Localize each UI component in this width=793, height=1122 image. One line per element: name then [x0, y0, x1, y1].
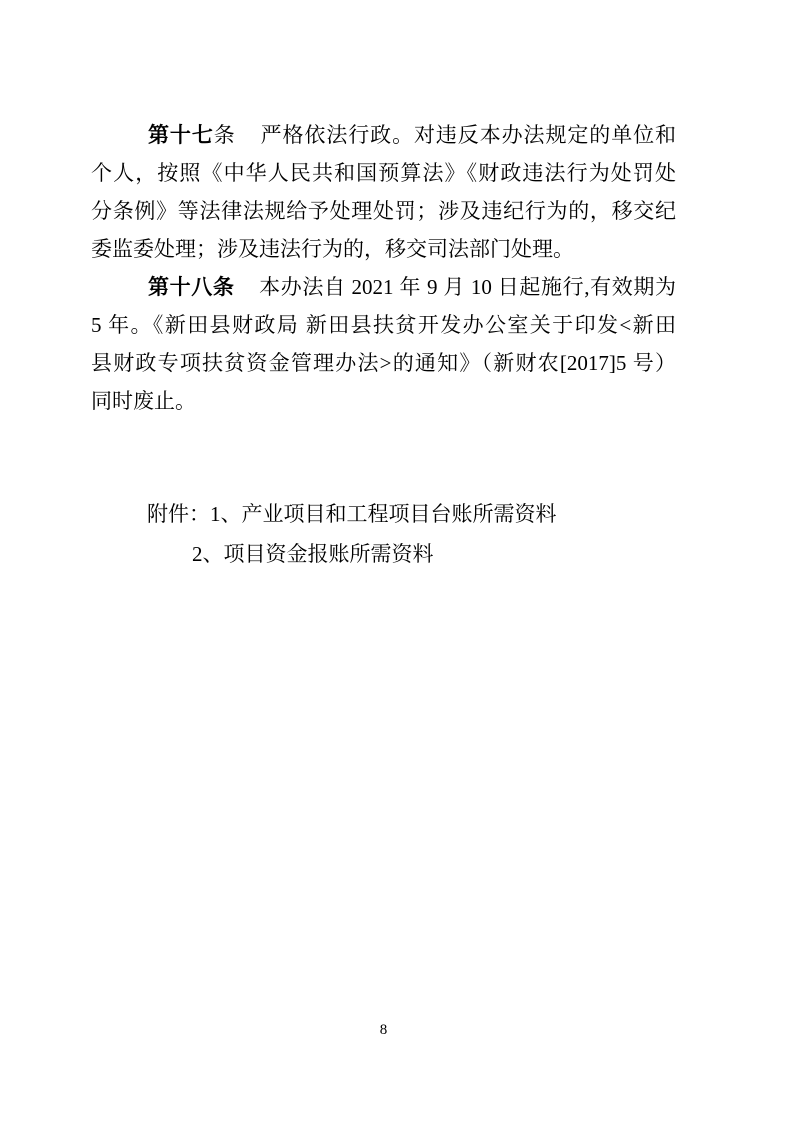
text-line: 个人，按照《中华人民共和国预算法》《财政违法行为处罚处	[91, 154, 676, 192]
document-page: 第十七条严格依法行政。对违反本办法规定的单位和 个人，按照《中华人民共和国预算法…	[0, 0, 793, 1122]
text-line: 县财政专项扶贫资金管理办法>的通知》（新财农[2017]5 号）	[91, 344, 676, 382]
attachment-item: 附件：1、产业项目和工程项目台账所需资料	[147, 494, 647, 534]
text-line: 第十七条严格依法行政。对违反本办法规定的单位和	[91, 116, 676, 154]
page-number: 8	[91, 1021, 676, 1039]
article-17-paragraph: 第十七条严格依法行政。对违反本办法规定的单位和 个人，按照《中华人民共和国预算法…	[91, 116, 676, 268]
text-line: 5 年。《新田县财政局 新田县扶贫开发办公室关于印发<新田	[91, 306, 676, 344]
article-17-line1-text: 严格依法行政。对违反本办法规定的单位和	[260, 123, 676, 147]
text-line: 同时废止。	[91, 382, 676, 420]
headword-gap	[236, 141, 260, 142]
attachment-item-number: 1、	[210, 502, 242, 526]
text-line: 分条例》等法律法规给予处理处罚；涉及违纪行为的，移交纪	[91, 192, 676, 230]
article-17-number-suffix: 条	[214, 123, 236, 147]
attachment-item: 2、项目资金报账所需资料	[147, 534, 647, 574]
attachment-item-text: 项目资金报账所需资料	[224, 542, 434, 566]
article-17-number: 第十七	[148, 123, 214, 147]
attachment-item-text: 产业项目和工程项目台账所需资料	[242, 502, 557, 526]
attachments-section: 附件：1、产业项目和工程项目台账所需资料 2、项目资金报账所需资料	[147, 494, 647, 574]
article-18-number: 第十八条	[148, 275, 235, 299]
text-line: 第十八条本办法自 2021 年 9 月 10 日起施行,有效期为	[91, 268, 676, 306]
article-18-paragraph: 第十八条本办法自 2021 年 9 月 10 日起施行,有效期为 5 年。《新田…	[91, 268, 676, 420]
attachments-label: 附件：	[147, 494, 210, 534]
headword-gap	[235, 293, 259, 294]
text-line: 委监委处理；涉及违法行为的，移交司法部门处理。	[91, 230, 676, 268]
article-18-line1-text: 本办法自 2021 年 9 月 10 日起施行,有效期为	[259, 275, 676, 299]
document-body: 第十七条严格依法行政。对违反本办法规定的单位和 个人，按照《中华人民共和国预算法…	[91, 116, 676, 420]
attachment-item-number: 2、	[192, 542, 224, 566]
